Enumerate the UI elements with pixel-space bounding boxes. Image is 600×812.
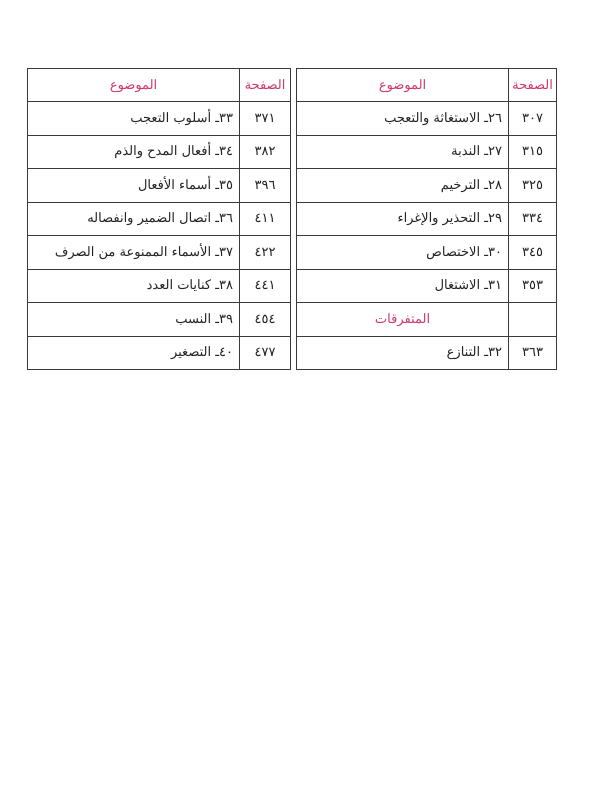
page-number: ٣٩٦ xyxy=(240,169,291,203)
table-row: ٣٤٥٣٠ـ الاختصاص xyxy=(297,236,557,270)
topic-title: ٣٩ـ النسب xyxy=(28,303,240,337)
toc-table-left: الصفحة الموضوع ٣٧١٣٣ـ أسلوب التعجب ٣٨٢٣٤… xyxy=(27,68,291,370)
table-header-row: الصفحة الموضوع xyxy=(28,69,291,102)
topic-title: ٣٥ـ أسماء الأفعال xyxy=(28,169,240,203)
topic-title: ٣٦ـ اتصال الضمير وانفصاله xyxy=(28,202,240,236)
header-page: الصفحة xyxy=(240,69,291,102)
table-row: ٣٨٢٣٤ـ أفعال المدح والذم xyxy=(28,135,291,169)
toc-table-right: الصفحة الموضوع ٣٠٧٢٦ـ الاستغاثة والتعجب … xyxy=(296,68,557,370)
section-heading: المتفرقات xyxy=(297,303,509,337)
page-number xyxy=(509,303,557,337)
topic-title: ٢٨ـ الترخيم xyxy=(297,169,509,203)
table-row: ٣٥٣٣١ـ الاشتغال xyxy=(297,269,557,303)
section-heading-row: المتفرقات xyxy=(297,303,557,337)
header-topic: الموضوع xyxy=(297,69,509,102)
page-number: ٣٥٣ xyxy=(509,269,557,303)
page-number: ٣٠٧ xyxy=(509,102,557,136)
page-number: ٤٤١ xyxy=(240,269,291,303)
topic-title: ٣٨ـ كنايات العدد xyxy=(28,269,240,303)
table-row: ٤٥٤٣٩ـ النسب xyxy=(28,303,291,337)
page-number: ٤٧٧ xyxy=(240,336,291,370)
topic-title: ٣١ـ الاشتغال xyxy=(297,269,509,303)
page-number: ٣٨٢ xyxy=(240,135,291,169)
header-page: الصفحة xyxy=(509,69,557,102)
table-row: ٣٩٦٣٥ـ أسماء الأفعال xyxy=(28,169,291,203)
topic-title: ٢٦ـ الاستغاثة والتعجب xyxy=(297,102,509,136)
topic-title: ٣٢ـ التنازع xyxy=(297,336,509,370)
table-row: ٣٢٥٢٨ـ الترخيم xyxy=(297,169,557,203)
table-row: ٤٢٢٣٧ـ الأسماء الممنوعة من الصرف xyxy=(28,236,291,270)
page-number: ٤١١ xyxy=(240,202,291,236)
header-topic: الموضوع xyxy=(28,69,240,102)
topic-title: ٣٧ـ الأسماء الممنوعة من الصرف xyxy=(28,236,240,270)
page-number: ٤٥٤ xyxy=(240,303,291,337)
page-number: ٣٦٣ xyxy=(509,336,557,370)
topic-title: ٢٧ـ الندبة xyxy=(297,135,509,169)
table-row: ٤١١٣٦ـ اتصال الضمير وانفصاله xyxy=(28,202,291,236)
table-row: ٣٠٧٢٦ـ الاستغاثة والتعجب xyxy=(297,102,557,136)
page-number: ٤٢٢ xyxy=(240,236,291,270)
page-number: ٣٧١ xyxy=(240,102,291,136)
page-number: ٣٢٥ xyxy=(509,169,557,203)
table-header-row: الصفحة الموضوع xyxy=(297,69,557,102)
table-row: ٣٦٣٣٢ـ التنازع xyxy=(297,336,557,370)
topic-title: ٤٠ـ التصغير xyxy=(28,336,240,370)
table-row: ٣٧١٣٣ـ أسلوب التعجب xyxy=(28,102,291,136)
page-number: ٣٣٤ xyxy=(509,202,557,236)
topic-title: ٣٤ـ أفعال المدح والذم xyxy=(28,135,240,169)
table-row: ٤٤١٣٨ـ كنايات العدد xyxy=(28,269,291,303)
topic-title: ٣٣ـ أسلوب التعجب xyxy=(28,102,240,136)
topic-title: ٢٩ـ التحذير والإغراء xyxy=(297,202,509,236)
topic-title: ٣٠ـ الاختصاص xyxy=(297,236,509,270)
page-number: ٣١٥ xyxy=(509,135,557,169)
table-row: ٤٧٧٤٠ـ التصغير xyxy=(28,336,291,370)
table-row: ٣٣٤٢٩ـ التحذير والإغراء xyxy=(297,202,557,236)
page-number: ٣٤٥ xyxy=(509,236,557,270)
table-row: ٣١٥٢٧ـ الندبة xyxy=(297,135,557,169)
